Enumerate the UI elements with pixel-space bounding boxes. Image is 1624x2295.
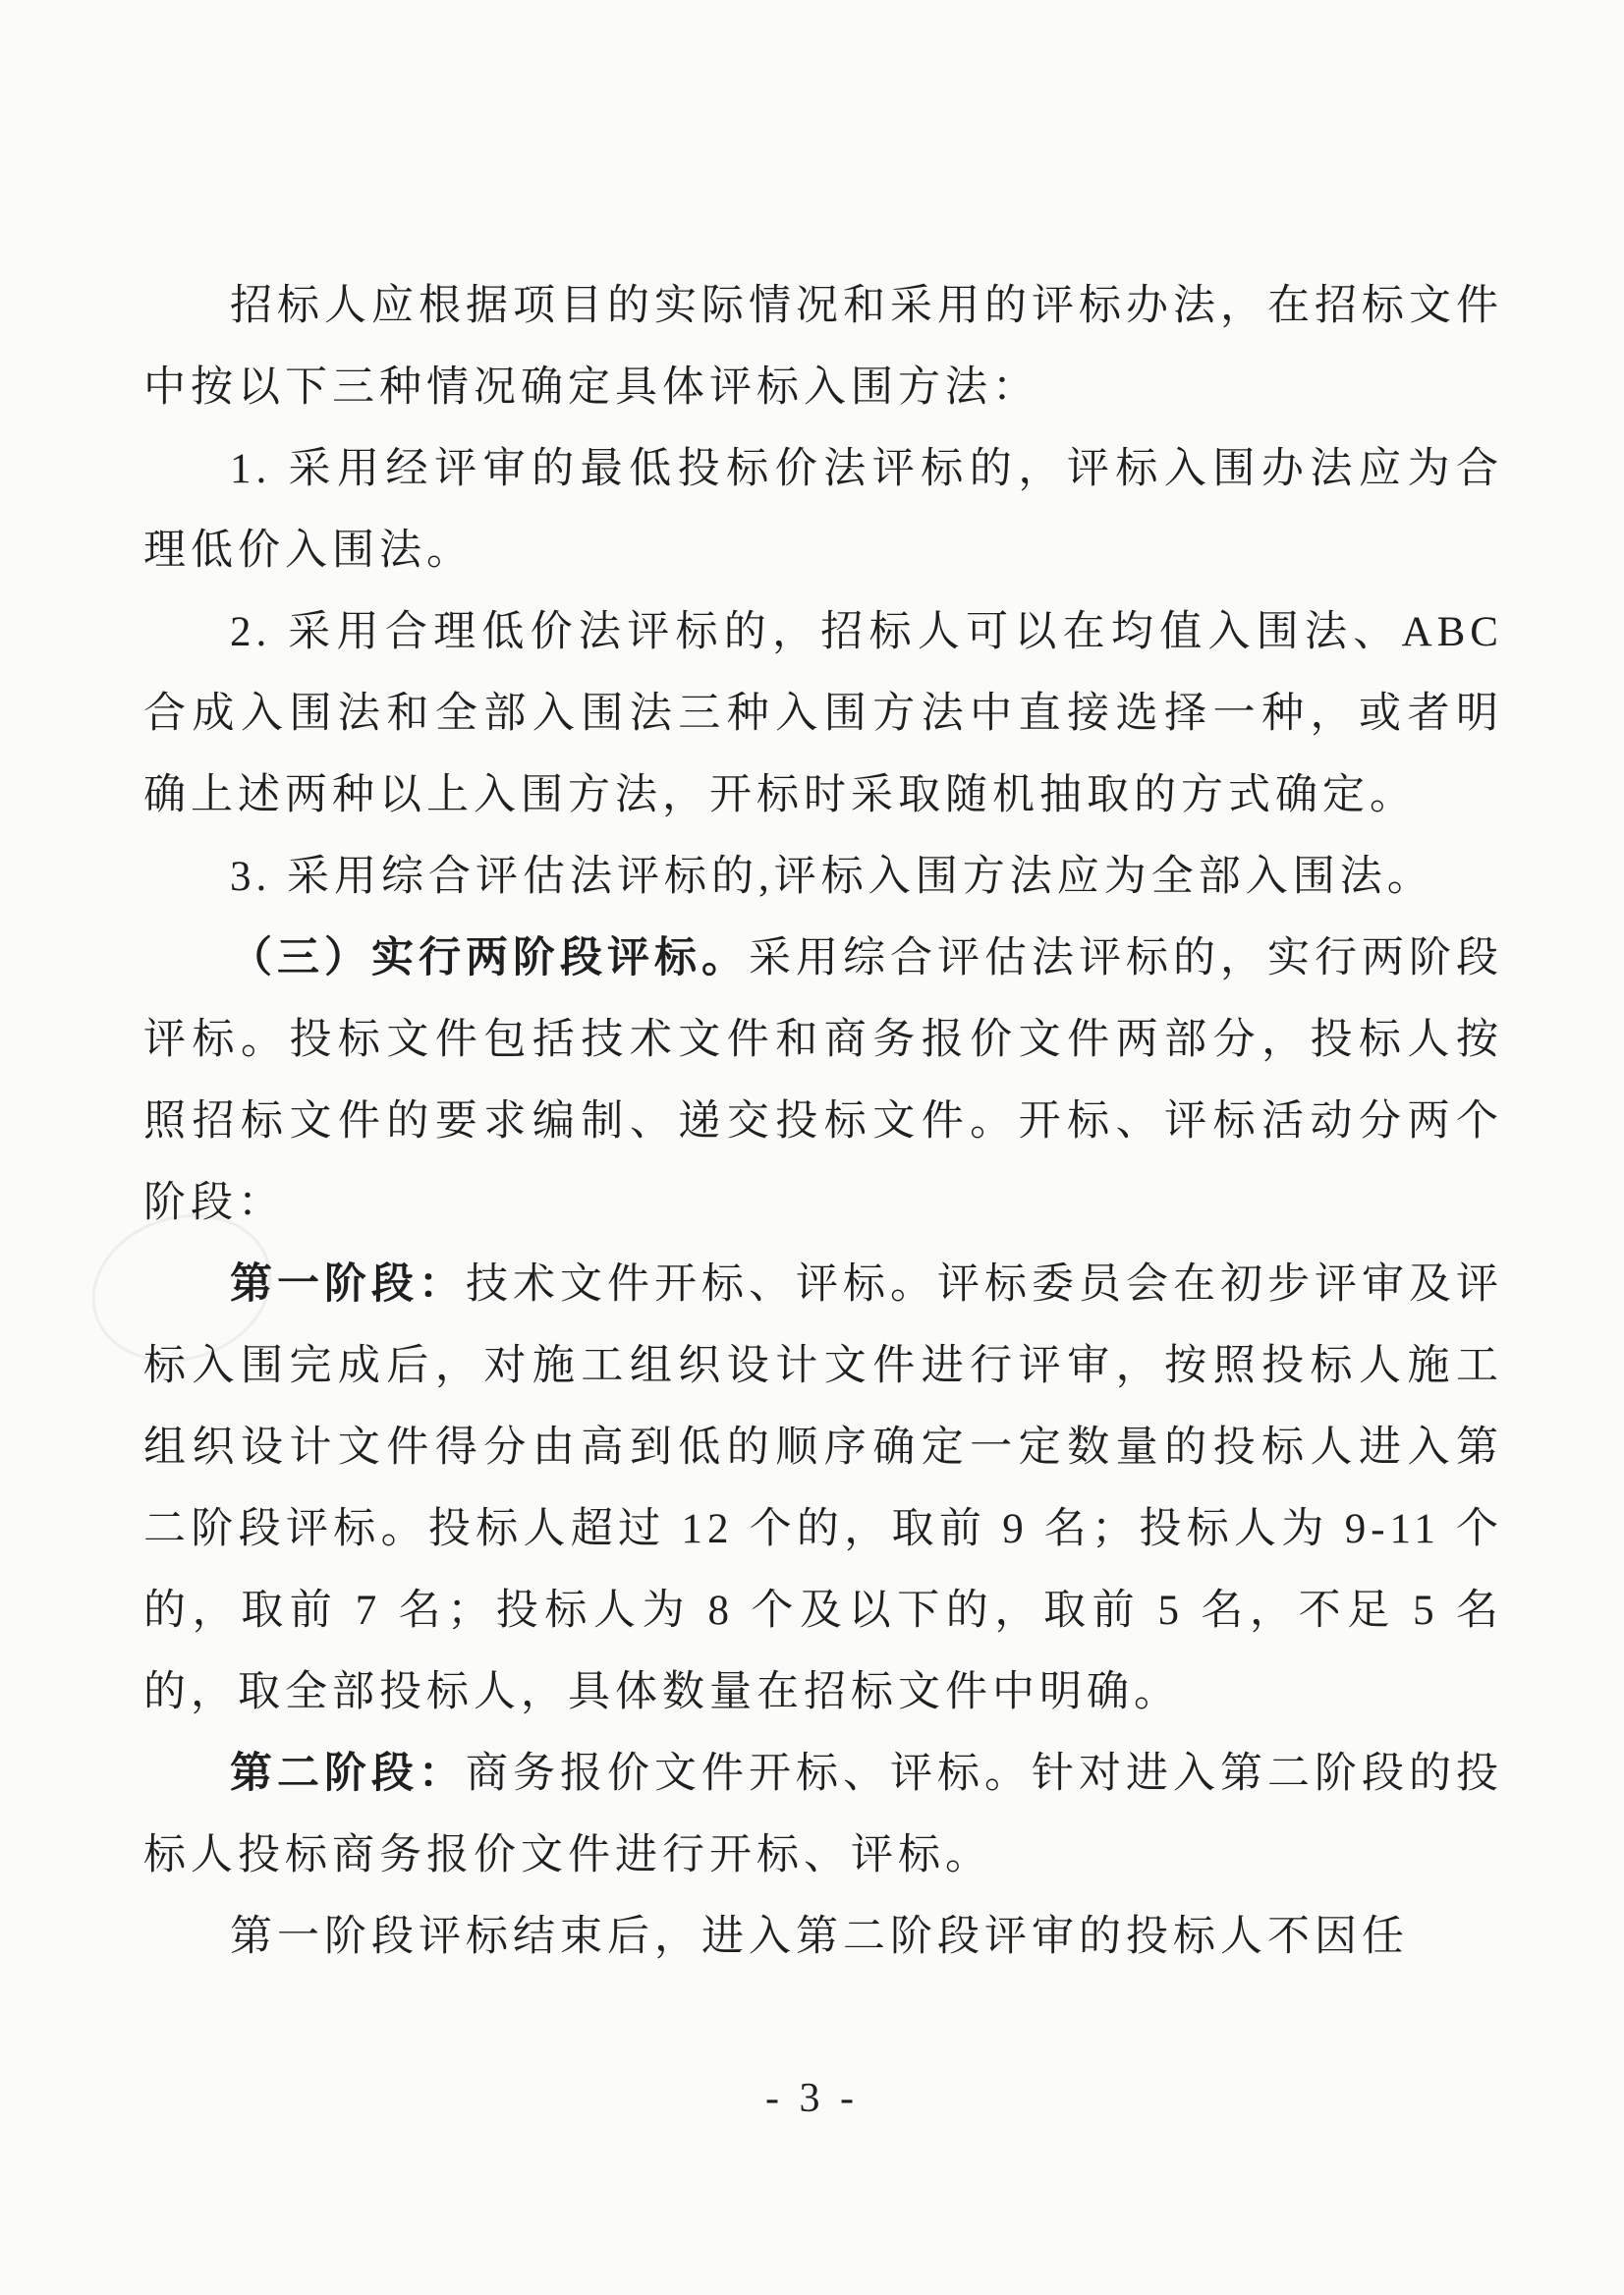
paragraph-text-run: 3. 采用综合评估法评标的,评标入围方法应为全部入围法。: [230, 854, 1434, 900]
paragraph: 第一阶段评标结束后，进入第二阶段评审的投标人不因任: [143, 1896, 1503, 1978]
document-page: 招标人应根据项目的实际情况和采用的评标办法，在招标文件中按以下三种情况确定具体评…: [0, 0, 1624, 2295]
document-body: 招标人应根据项目的实际情况和采用的评标办法，在招标文件中按以下三种情况确定具体评…: [143, 265, 1503, 1978]
paragraph-text-run: 招标人应根据项目的实际情况和采用的评标办法，在招标文件中按以下三种情况确定具体评…: [143, 283, 1503, 411]
paragraph-heading-run: 第二阶段：: [230, 1751, 466, 1797]
paragraph-text-run: 1. 采用经评审的最低投标价法评标的，评标入围办法应为合理低价入围法。: [143, 446, 1503, 574]
paragraph-heading-run: （三）实行两阶段评标。: [230, 935, 749, 981]
paragraph-heading-run: 第一阶段：: [230, 1261, 466, 1308]
page-number: - 3 -: [0, 2075, 1624, 2122]
paragraph: 第二阶段：商务报价文件开标、评标。针对进入第二阶段的投标人投标商务报价文件进行开…: [143, 1733, 1503, 1896]
paragraph: （三）实行两阶段评标。采用综合评估法评标的，实行两阶段评标。投标文件包括技术文件…: [143, 918, 1503, 1244]
paragraph-text-run: 技术文件开标、评标。评标委员会在初步评审及评标入围完成后，对施工组织设计文件进行…: [143, 1261, 1503, 1715]
paragraph: 2. 采用合理低价法评标的，招标人可以在均值入围法、ABC 合成入围法和全部入围…: [143, 591, 1503, 836]
paragraph: 1. 采用经评审的最低投标价法评标的，评标入围办法应为合理低价入围法。: [143, 428, 1503, 591]
paragraph: 3. 采用综合评估法评标的,评标入围方法应为全部入围法。: [143, 836, 1503, 918]
paragraph: 招标人应根据项目的实际情况和采用的评标办法，在招标文件中按以下三种情况确定具体评…: [143, 265, 1503, 428]
paragraph: 第一阶段：技术文件开标、评标。评标委员会在初步评审及评标入围完成后，对施工组织设…: [143, 1244, 1503, 1733]
paragraph-text-run: 2. 采用合理低价法评标的，招标人可以在均值入围法、ABC 合成入围法和全部入围…: [143, 609, 1503, 818]
paragraph-text-run: 第一阶段评标结束后，进入第二阶段评审的投标人不因任: [230, 1914, 1409, 1960]
